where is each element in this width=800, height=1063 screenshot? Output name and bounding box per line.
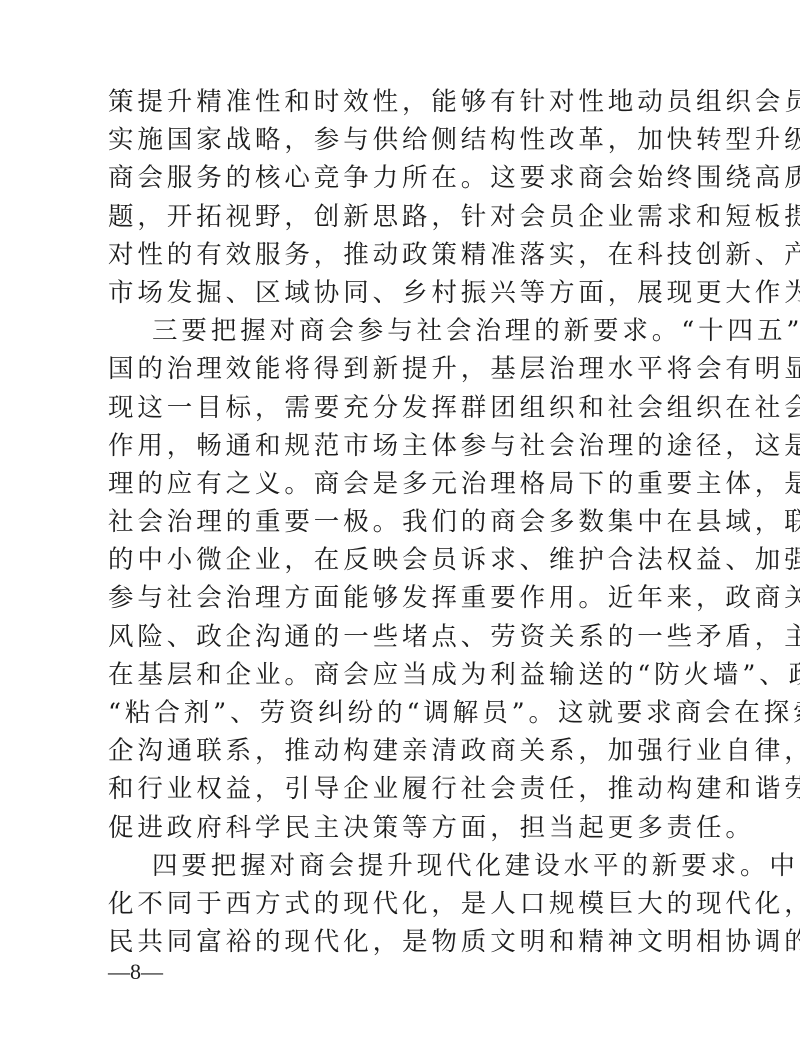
text-line: 促进政府科学民主决策等方面，担当起更多责任。 — [108, 809, 700, 847]
line-text: 的中小微企业，在反映会员诉求、维护合法权益、加强诚信建设、 — [108, 545, 800, 575]
line-text: 理的应有之义。商会是多元治理格局下的重要主体，是参与基层 — [108, 469, 800, 499]
line-text: “粘合剂”、劳资纠纷的“调解员”。这就要求商会在探索促进政 — [108, 698, 800, 728]
text-line: 化不同于西方式的现代化，是人口规模巨大的现代化，是全体人 — [108, 885, 700, 923]
document-page: 策提升精准性和时效性，能够有针对性地动员组织会员企业参与 实施国家战略，参与供给… — [0, 0, 800, 1063]
text-line: 现这一目标，需要充分发挥群团组织和社会组织在社会治理中的 — [108, 389, 700, 427]
text-line: 市场发掘、区域协同、乡村振兴等方面，展现更大作为。 — [108, 274, 700, 312]
text-line: 风险、政企沟通的一些堵点、劳资关系的一些矛盾，主要都反映 — [108, 618, 700, 656]
text-line: “粘合剂”、劳资纠纷的“调解员”。这就要求商会在探索促进政 — [108, 694, 700, 732]
line-text: 民共同富裕的现代化，是物质文明和精神文明相协调的现代化， — [108, 927, 800, 957]
text-line: 和行业权益，引导企业履行社会责任，推动构建和谐劳动关系， — [108, 770, 700, 808]
line-text: 在基层和企业。商会应当成为利益输送的“防火墙”、政企沟通的 — [108, 660, 800, 690]
text-line: 对性的有效服务，推动政策精准落实，在科技创新、产业发展、 — [108, 236, 700, 274]
line-text: 对性的有效服务，推动政策精准落实，在科技创新、产业发展、 — [108, 240, 800, 270]
text-line: 在基层和企业。商会应当成为利益输送的“防火墙”、政企沟通的 — [108, 656, 700, 694]
line-text: 企沟通联系，推动构建亲清政商关系，加强行业自律，维护企业 — [108, 736, 800, 766]
line-text: 化不同于西方式的现代化，是人口规模巨大的现代化，是全体人 — [108, 889, 800, 919]
text-line: 企沟通联系，推动构建亲清政商关系，加强行业自律，维护企业 — [108, 732, 700, 770]
line-text: 实施国家战略，参与供给侧结构性改革，加快转型升级。这也是 — [108, 125, 800, 155]
line-text: 风险、政企沟通的一些堵点、劳资关系的一些矛盾，主要都反映 — [108, 622, 800, 652]
line-text: 市场发掘、区域协同、乡村振兴等方面，展现更大作为。 — [108, 278, 800, 308]
body-text: 策提升精准性和时效性，能够有针对性地动员组织会员企业参与 实施国家战略，参与供给… — [108, 83, 700, 961]
text-line: 实施国家战略，参与供给侧结构性改革，加快转型升级。这也是 — [108, 121, 700, 159]
text-line: 的中小微企业，在反映会员诉求、维护合法权益、加强诚信建设、 — [108, 541, 700, 579]
text-line: 国的治理效能将得到新提升，基层治理水平将会有明显提高。实 — [108, 350, 700, 388]
line-text: 策提升精准性和时效性，能够有针对性地动员组织会员企业参与 — [108, 87, 800, 117]
line-text: 现这一目标，需要充分发挥群团组织和社会组织在社会治理中的 — [108, 393, 800, 423]
text-line: 作用，畅通和规范市场主体参与社会治理的途径，这是现代化治 — [108, 427, 700, 465]
text-line: 策提升精准性和时效性，能够有针对性地动员组织会员企业参与 — [108, 83, 700, 121]
text-line: 理的应有之义。商会是多元治理格局下的重要主体，是参与基层 — [108, 465, 700, 503]
line-text: 作用，畅通和规范市场主体参与社会治理的途径，这是现代化治 — [108, 431, 800, 461]
section-heading-three: 三要把握对商会参与社会治理的新要求。 — [152, 316, 681, 346]
text-line: 社会治理的重要一极。我们的商会多数集中在县域，联系着众多 — [108, 503, 700, 541]
line-text: 促进政府科学民主决策等方面，担当起更多责任。 — [108, 813, 755, 843]
page-number: —8— — [108, 958, 163, 986]
line-text: 题，开拓视野，创新思路，针对会员企业需求和短板提供更有针 — [108, 202, 800, 232]
line-text: 中国的现代 — [769, 851, 800, 881]
line-text: 商会服务的核心竞争力所在。这要求商会始终围绕高质量发展主 — [108, 163, 800, 193]
line-text: 社会治理的重要一极。我们的商会多数集中在县域，联系着众多 — [108, 507, 800, 537]
line-text: “十四五”时期，我 — [681, 316, 800, 346]
text-line: 参与社会治理方面能够发挥重要作用。近年来，政商关系的一些 — [108, 579, 700, 617]
line-text: 国的治理效能将得到新提升，基层治理水平将会有明显提高。实 — [108, 354, 800, 384]
text-line: 商会服务的核心竞争力所在。这要求商会始终围绕高质量发展主 — [108, 159, 700, 197]
text-line: 民共同富裕的现代化，是物质文明和精神文明相协调的现代化， — [108, 923, 700, 961]
paragraph-start-line: 四要把握对商会提升现代化建设水平的新要求。中国的现代 — [108, 847, 700, 885]
line-text: 和行业权益，引导企业履行社会责任，推动构建和谐劳动关系， — [108, 774, 800, 804]
paragraph-start-line: 三要把握对商会参与社会治理的新要求。“十四五”时期，我 — [108, 312, 700, 350]
section-heading-four: 四要把握对商会提升现代化建设水平的新要求。 — [152, 851, 769, 881]
text-line: 题，开拓视野，创新思路，针对会员企业需求和短板提供更有针 — [108, 198, 700, 236]
line-text: 参与社会治理方面能够发挥重要作用。近年来，政商关系的一些 — [108, 583, 800, 613]
